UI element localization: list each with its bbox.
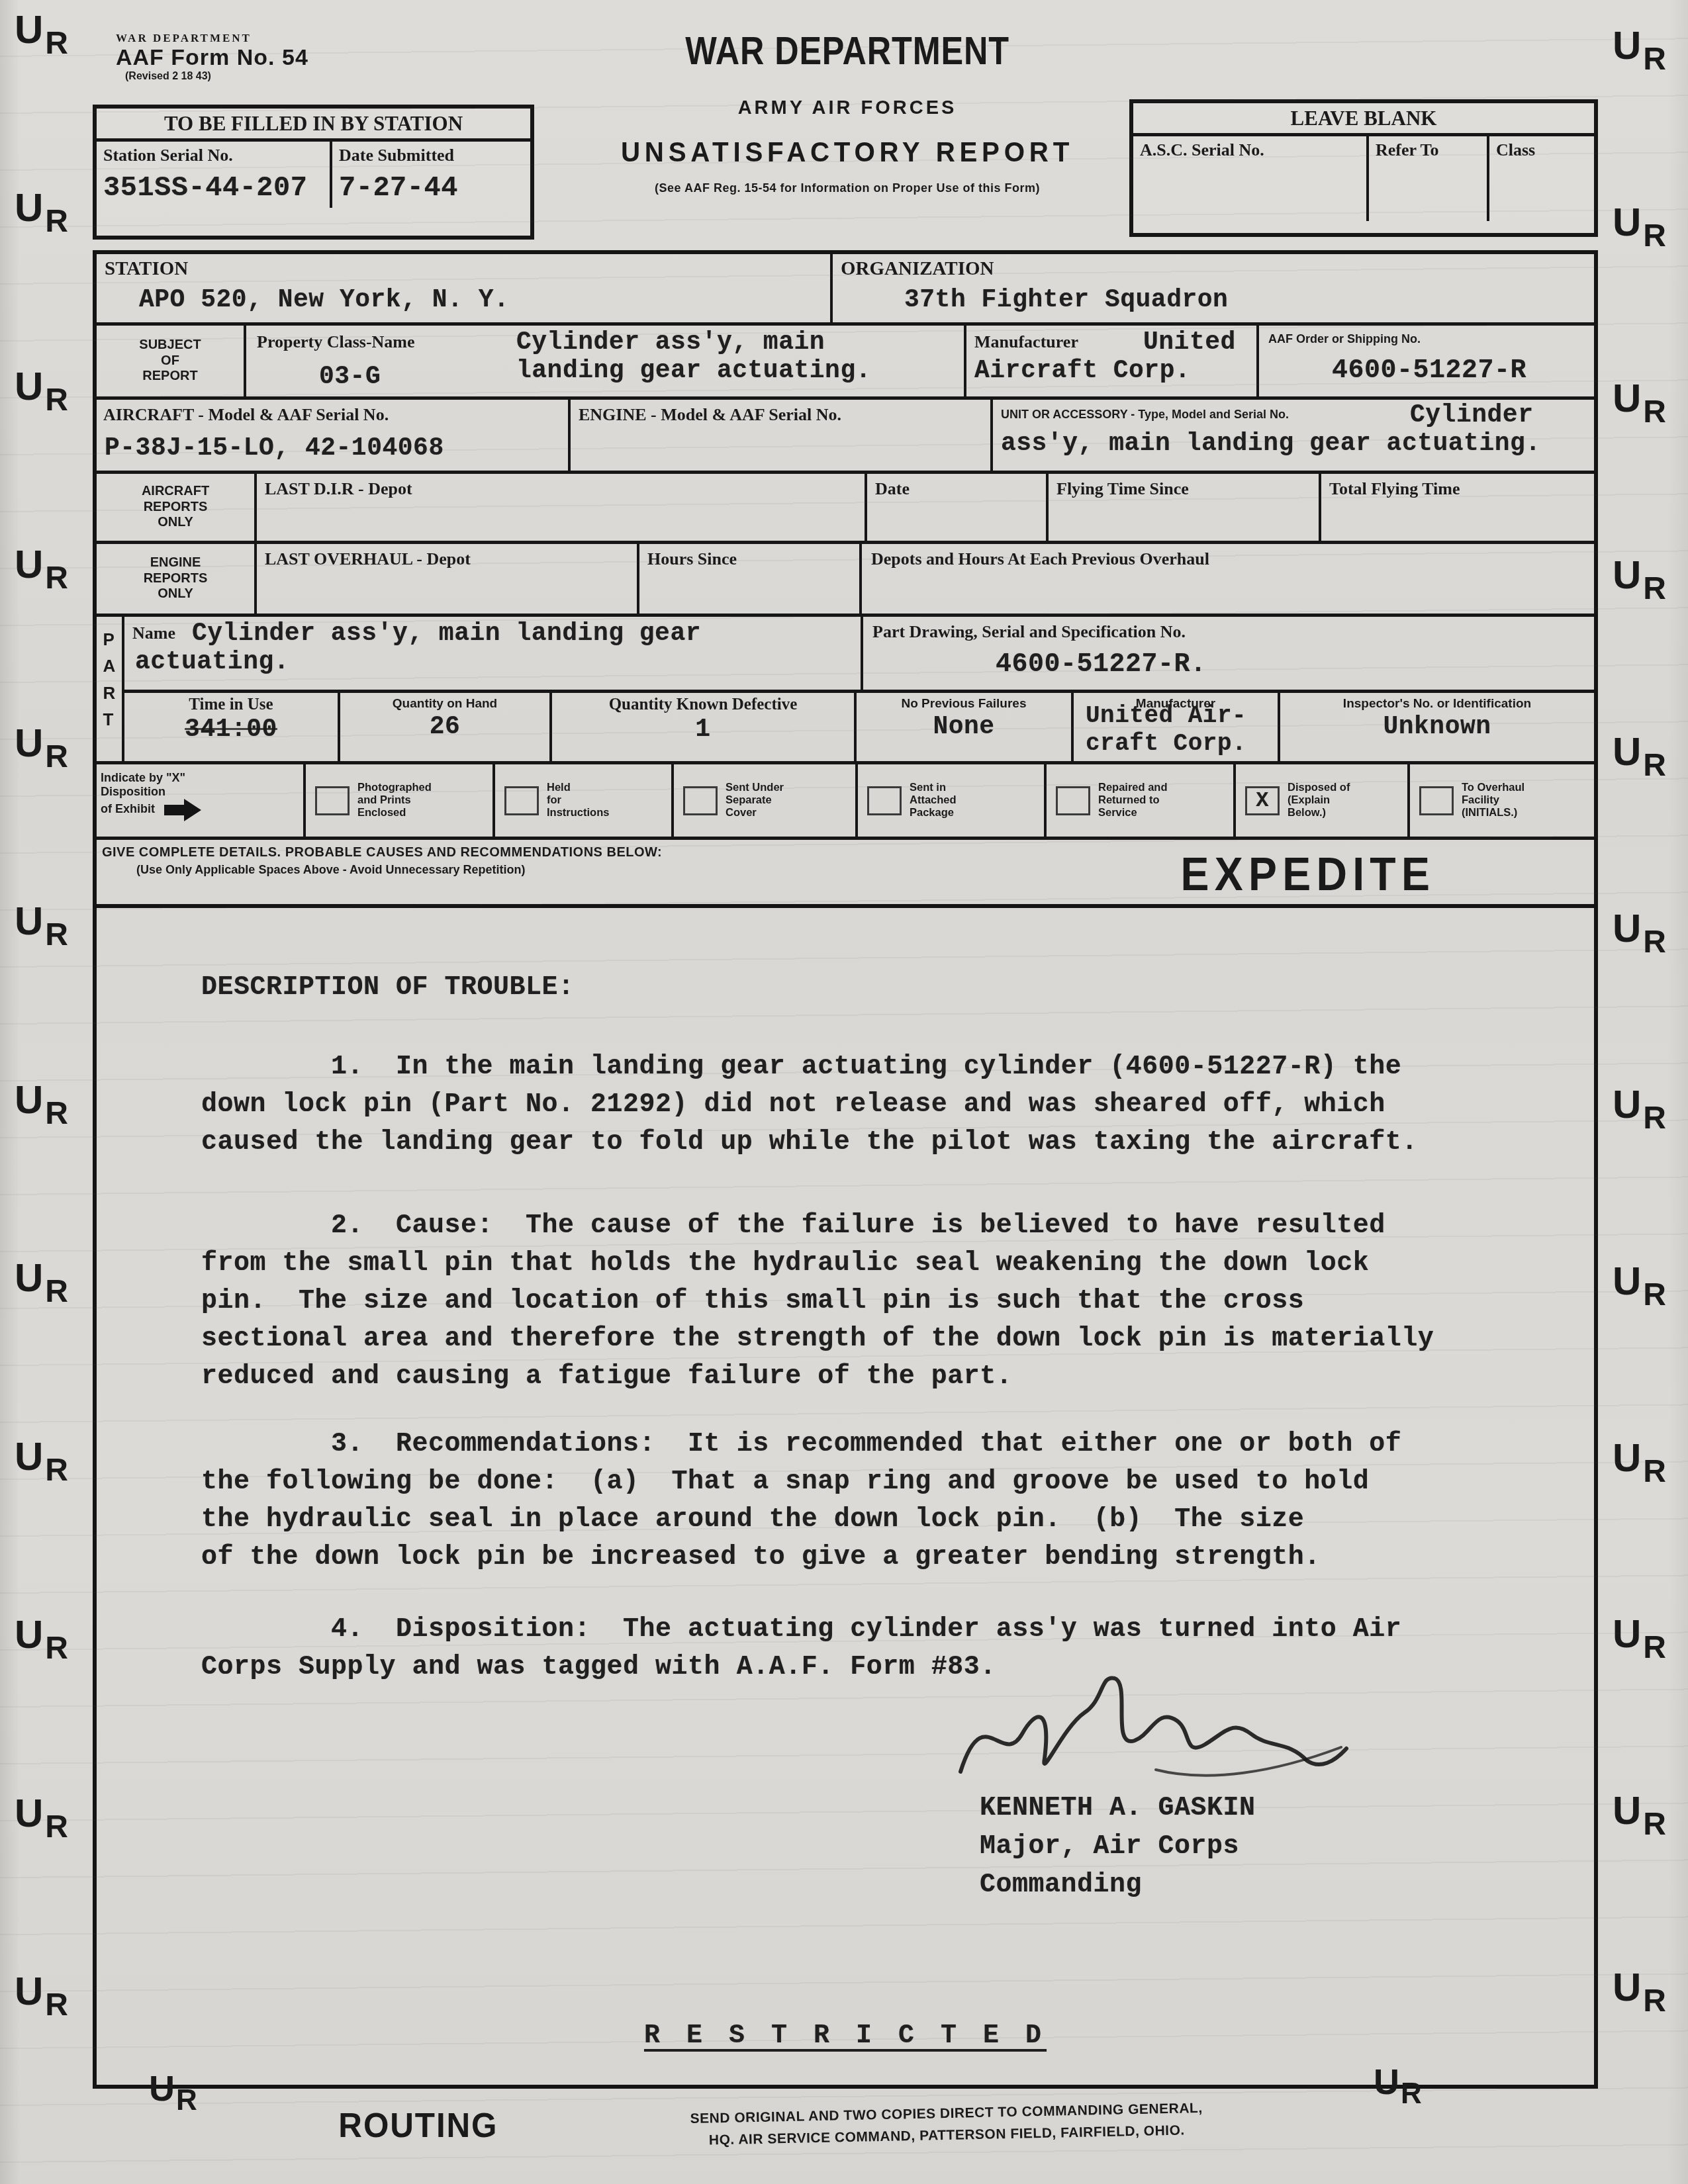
- signer-rank: Major, Air Corps: [980, 1828, 1239, 1866]
- margin-mark-ur: UR: [1613, 199, 1664, 263]
- margin-mark-ur: UR: [1613, 552, 1664, 615]
- checkbox-label: Disposed of (Explain Below.): [1288, 782, 1350, 819]
- margin-mark-ur: UR: [15, 363, 66, 427]
- margin-mark-ur: UR: [1613, 375, 1664, 439]
- part-name-cell: Name Cylinder ass'y, main landing gear a…: [124, 617, 861, 690]
- paragraph-trouble: 1. In the main landing gear actuating cy…: [201, 1048, 1418, 1161]
- engine-model-cell: ENGINE - Model & AAF Serial No.: [568, 400, 990, 471]
- checkbox-label: Held for Instructions: [547, 782, 609, 819]
- unit-accessory-cell: UNIT OR ACCESSORY - Type, Model and Seri…: [990, 400, 1594, 471]
- margin-mark-ur: UR: [15, 1433, 66, 1497]
- date-submitted-label: Date Submitted: [339, 146, 524, 165]
- margin-mark-ur: UR: [1613, 23, 1664, 86]
- margin-mark-ur: UR: [15, 898, 66, 962]
- previous-failures-value: None: [857, 713, 1071, 741]
- margin-mark-ur: UR: [149, 2068, 196, 2109]
- class-label: Class: [1496, 140, 1587, 160]
- station-fill-box: TO BE FILLED IN BY STATION Station Seria…: [93, 105, 534, 240]
- previous-failures-cell: No Previous Failures None: [854, 693, 1071, 761]
- margin-mark-ur: UR: [15, 1968, 66, 2032]
- checkbox-overhaul-facility: To Overhaul Facility (INITIALS.): [1407, 764, 1594, 837]
- previous-overhaul-label: Depots and Hours At Each Previous Overha…: [871, 549, 1209, 569]
- checkbox-box: [504, 786, 539, 815]
- hours-since-cell: Hours Since: [637, 544, 859, 614]
- asc-serial-cell: A.S.C. Serial No.: [1133, 136, 1366, 221]
- document-header: WAR DEPARTMENT ARMY AIR FORCES UNSATISFA…: [516, 28, 1178, 195]
- engine-model-label: ENGINE - Model & AAF Serial No.: [579, 405, 841, 425]
- inspector-id-value: Unknown: [1280, 713, 1594, 741]
- description-area: DESCRIPTION OF TROUBLE: 1. In the main l…: [97, 908, 1594, 2073]
- station-serial-value: 351SS-44-207: [103, 172, 323, 204]
- margin-rail-left: URURURURURURURURURURURUR: [15, 7, 66, 2032]
- station-serial-cell: Station Serial No. 351SS-44-207: [97, 142, 330, 208]
- manufacturer-cell: Manufacturer United Aircraft Corp.: [964, 326, 1256, 396]
- property-class-cell: Property Class-Name 03-G Cylinder ass'y,…: [244, 326, 964, 396]
- quantity-defective-value: 1: [552, 715, 854, 744]
- checkbox-attached-package: Sent in Attached Package: [855, 764, 1044, 837]
- ur-r: R: [176, 2084, 197, 2116]
- total-flying-time-label: Total Flying Time: [1329, 479, 1460, 499]
- subject-of-report-stub: SUBJECT OF REPORT: [97, 326, 244, 396]
- checkbox-box: [1056, 786, 1090, 815]
- part-drawing-label: Part Drawing, Serial and Specification N…: [872, 622, 1186, 642]
- class-cell: Class: [1487, 136, 1594, 221]
- details-instruction-row: GIVE COMPLETE DETAILS. PROBABLE CAUSES A…: [97, 845, 1594, 908]
- checkbox-separate-cover: Sent Under Separate Cover: [671, 764, 855, 837]
- order-shipping-value: 4600-51227-R: [1332, 356, 1526, 386]
- checkbox-label: Sent Under Separate Cover: [726, 782, 784, 819]
- organization-value: 37th Fighter Squadron: [904, 286, 1228, 314]
- margin-mark-ur: UR: [15, 1255, 66, 1318]
- manufacturer-value: United Aircraft Corp.: [974, 328, 1236, 385]
- margin-mark-ur: UR: [15, 720, 66, 784]
- margin-mark-ur: UR: [1613, 1964, 1664, 2028]
- part-drawing-value: 4600-51227-R.: [996, 650, 1207, 680]
- flying-time-since-cell: Flying Time Since: [1046, 474, 1319, 541]
- routing-label: ROUTING: [338, 2106, 498, 2146]
- checkbox-held: Held for Instructions: [492, 764, 671, 837]
- form-revision: (Revised 2 18 43): [125, 71, 308, 83]
- paragraph-recommendations: 3. Recommendations: It is recommended th…: [201, 1426, 1401, 1576]
- date-submitted-value: 7-27-44: [339, 172, 524, 204]
- margin-mark-ur: UR: [1613, 729, 1664, 792]
- expedite-stamp: EXPEDITE: [1180, 848, 1435, 901]
- property-class-value: 03-G: [319, 363, 381, 391]
- aircraft-model-value: P-38J-15-LO, 42-104068: [105, 434, 444, 463]
- routing-instructions: SEND ORIGINAL AND TWO COPIES DIRECT TO C…: [549, 2095, 1344, 2154]
- station-cell: STATION APO 520, New York, N. Y.: [97, 254, 830, 322]
- unit-accessory-value: Cylinder ass'y, main landing gear actuat…: [1001, 401, 1663, 458]
- asc-serial-label: A.S.C. Serial No.: [1140, 140, 1360, 160]
- engine-reports-stub: ENGINE REPORTS ONLY: [97, 544, 254, 614]
- margin-mark-ur: UR: [15, 185, 66, 248]
- last-overhaul-depot-label: LAST OVERHAUL - Depot: [265, 549, 471, 569]
- aircraft-model-label: AIRCRAFT - Model & AAF Serial No.: [103, 405, 389, 425]
- organization-label: ORGANIZATION: [841, 258, 994, 280]
- page-subtitle: ARMY AIR FORCES: [516, 97, 1178, 119]
- refer-to-label: Refer To: [1376, 140, 1480, 160]
- margin-mark-ur: UR: [1613, 1435, 1664, 1498]
- reference-note: (See AAF Reg. 15-54 for Information on P…: [516, 181, 1178, 195]
- margin-mark-ur: UR: [15, 541, 66, 605]
- date-submitted-cell: Date Submitted 7-27-44: [330, 142, 530, 208]
- hours-since-label: Hours Since: [647, 549, 737, 569]
- margin-mark-ur: UR: [1613, 1788, 1664, 1851]
- part-manufacturer-value: United Air- craft Corp.: [1074, 702, 1278, 758]
- station-box-title: TO BE FILLED IN BY STATION: [97, 109, 530, 142]
- right-arrow-icon: [164, 799, 201, 821]
- flying-time-since-label: Flying Time Since: [1056, 479, 1189, 499]
- quantity-defective-cell: Quantity Known Defective 1: [549, 693, 854, 761]
- refer-to-cell: Refer To: [1366, 136, 1487, 221]
- order-shipping-cell: AAF Order or Shipping No. 4600-51227-R: [1256, 326, 1594, 396]
- order-shipping-label: AAF Order or Shipping No.: [1268, 332, 1421, 345]
- quantity-on-hand-label: Quantity on Hand: [340, 697, 549, 711]
- quantity-defective-label: Quantity Known Defective: [552, 696, 854, 714]
- margin-mark-ur: UR: [15, 1612, 66, 1675]
- dir-date-label: Date: [875, 479, 910, 499]
- station-label: STATION: [105, 258, 188, 280]
- checkbox-box: [315, 786, 350, 815]
- quantity-on-hand-cell: Quantity on Hand 26: [338, 693, 549, 761]
- checkbox-box-checked: X: [1245, 786, 1280, 815]
- leave-blank-box: LEAVE BLANK A.S.C. Serial No. Refer To C…: [1129, 99, 1598, 237]
- margin-mark-ur: UR: [1613, 1611, 1664, 1674]
- margin-mark-ur: UR: [1613, 1258, 1664, 1322]
- last-overhaul-depot-cell: LAST OVERHAUL - Depot: [254, 544, 637, 614]
- checkbox-label: Repaired and Returned to Service: [1098, 782, 1168, 819]
- previous-failures-label: No Previous Failures: [857, 697, 1071, 711]
- part-manufacturer-cell: Manufacturer United Air- craft Corp.: [1071, 693, 1278, 761]
- page-title: WAR DEPARTMENT: [569, 28, 1125, 73]
- margin-mark-ur: UR: [15, 1077, 66, 1140]
- margin-mark-ur: UR: [1374, 2062, 1421, 2103]
- restricted-classification: R E S T R I C T E D: [97, 2021, 1594, 2051]
- disposition-stub: Indicate by "X" Disposition of Exhibit: [97, 764, 303, 837]
- checkbox-label: To Overhaul Facility (INITIALS.): [1462, 782, 1524, 819]
- last-dir-depot-label: LAST D.I.R - Depot: [265, 479, 412, 499]
- property-class-label: Property Class-Name: [257, 332, 415, 352]
- checkbox-label: Photographed and Prints Enclosed: [357, 782, 432, 819]
- margin-mark-ur: UR: [15, 1790, 66, 1854]
- station-value: APO 520, New York, N. Y.: [139, 286, 509, 314]
- signer-title: Commanding: [980, 1866, 1142, 1904]
- checkbox-box: [1419, 786, 1454, 815]
- checkbox-disposed-of: X Disposed of (Explain Below.): [1233, 764, 1407, 837]
- dir-date-cell: Date: [865, 474, 1046, 541]
- inspector-id-label: Inspector's No. or Identification: [1280, 697, 1594, 711]
- ur-r: R: [1401, 2077, 1422, 2110]
- signer-name: KENNETH A. GASKIN: [980, 1790, 1256, 1827]
- part-drawing-cell: Part Drawing, Serial and Specification N…: [861, 617, 1594, 690]
- checkbox-box: [683, 786, 718, 815]
- leave-blank-title: LEAVE BLANK: [1133, 103, 1594, 136]
- aircraft-model-cell: AIRCRAFT - Model & AAF Serial No. P-38J-…: [97, 400, 568, 471]
- time-in-use-label: Time in Use: [124, 696, 338, 714]
- total-flying-time-cell: Total Flying Time: [1319, 474, 1594, 541]
- checkbox-repaired-returned: Repaired and Returned to Service: [1044, 764, 1233, 837]
- main-form-table: STATION APO 520, New York, N. Y. ORGANIZ…: [93, 250, 1598, 2089]
- margin-rail-right: URURURURURURURURURURURUR: [1613, 23, 1664, 2028]
- last-dir-depot-cell: LAST D.I.R - Depot: [254, 474, 865, 541]
- form-dept-label: WAR DEPARTMENT: [116, 32, 308, 45]
- subject-name-value: Cylinder ass'y, main landing gear actuat…: [516, 328, 871, 385]
- margin-mark-ur: UR: [15, 7, 66, 70]
- ur-u: U: [1374, 2062, 1399, 2102]
- station-serial-label: Station Serial No.: [103, 146, 323, 165]
- checkbox-photographed: Photographed and Prints Enclosed: [303, 764, 492, 837]
- margin-mark-ur: UR: [1613, 1081, 1664, 1145]
- organization-cell: ORGANIZATION 37th Fighter Squadron: [830, 254, 1594, 322]
- quantity-on-hand-value: 26: [340, 713, 549, 741]
- inspector-id-cell: Inspector's No. or Identification Unknow…: [1278, 693, 1594, 761]
- description-heading: DESCRIPTION OF TROUBLE:: [201, 969, 575, 1007]
- ur-u: U: [149, 2069, 175, 2109]
- signature-handwriting: [944, 1669, 1354, 1795]
- scanned-document-sheet: URURURURURURURURURURURUR URURURURURURURU…: [0, 0, 1688, 2184]
- aircraft-reports-stub: AIRCRAFT REPORTS ONLY: [97, 474, 254, 541]
- form-number: AAF Form No. 54: [116, 45, 308, 71]
- previous-overhaul-cell: Depots and Hours At Each Previous Overha…: [859, 544, 1594, 614]
- part-vertical-label: P A R T: [97, 617, 124, 761]
- time-in-use-cell: Time in Use 341:00: [124, 693, 338, 761]
- paragraph-cause: 2. Cause: The cause of the failure is be…: [201, 1207, 1434, 1396]
- report-title: UNSATISFACTORY REPORT: [530, 136, 1165, 168]
- form-identification: WAR DEPARTMENT AAF Form No. 54 (Revised …: [116, 32, 308, 83]
- checkbox-label: Sent in Attached Package: [910, 782, 957, 819]
- margin-mark-ur: UR: [1613, 905, 1664, 969]
- time-in-use-value: 341:00: [124, 715, 338, 744]
- checkbox-box: [867, 786, 902, 815]
- part-name-value: Cylinder ass'y, main landing gear actuat…: [135, 619, 701, 676]
